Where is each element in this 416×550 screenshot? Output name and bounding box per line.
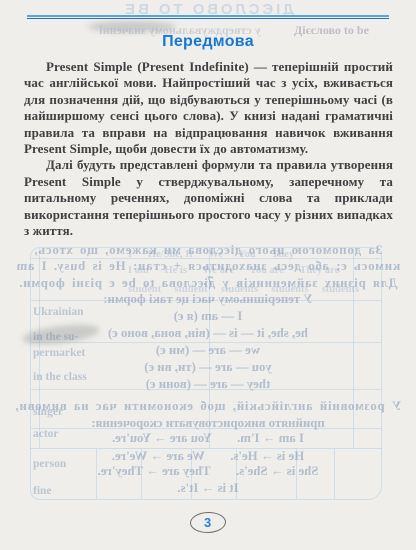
paragraph-1: Present Simple (Present Indefinite) — те… (24, 59, 393, 157)
header-rule-dark (27, 18, 389, 19)
header-rule-light (27, 15, 389, 17)
paragraph-2: Далі будуть представлені формули та прав… (24, 157, 393, 239)
page-title: Передмова (0, 33, 416, 51)
page-number: 3 (0, 512, 416, 533)
page-number-oval: 3 (190, 511, 227, 533)
header-rule (27, 15, 389, 19)
book-page: ДІЄСЛОВО TO BE у стверджувальному значен… (0, 0, 416, 550)
printed-content: Передмова Present Simple (Present Indefi… (0, 0, 416, 550)
page-number-value: 3 (204, 515, 211, 530)
body-text: Present Simple (Present Indefinite) — те… (24, 59, 393, 239)
